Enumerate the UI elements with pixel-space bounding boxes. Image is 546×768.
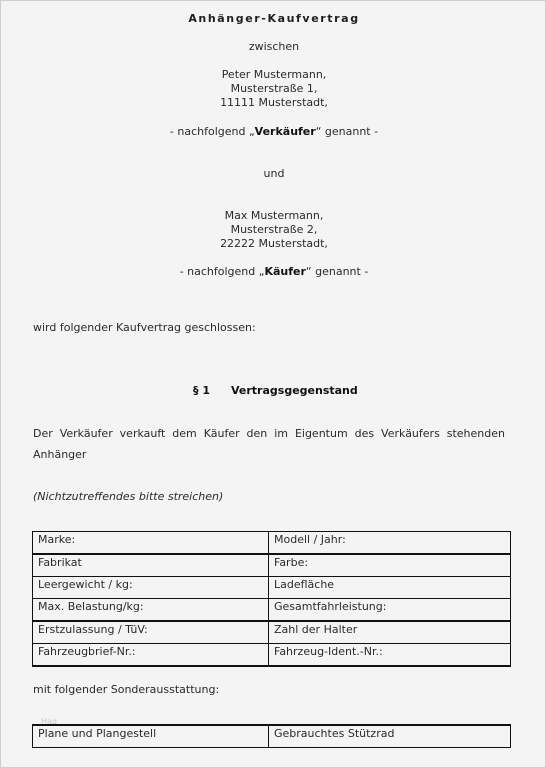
seller-city: 11111 Musterstadt, [1, 96, 546, 110]
spec-cell[interactable]: Marke: [33, 532, 269, 555]
spec-cell[interactable]: Max. Belastung/kg: [33, 599, 269, 622]
section-body-line2: Anhänger [33, 448, 86, 462]
section-title: Vertragsgegenstand [231, 384, 358, 397]
section-number: § 1 [193, 384, 231, 398]
buyer-role: Käufer [264, 265, 305, 278]
spec-cell[interactable]: Farbe: [269, 554, 511, 577]
buyer-role-line: - nachfolgend „Käufer“ genannt - [1, 265, 546, 279]
intro-text: wird folgender Kaufvertrag geschlossen: [33, 321, 256, 335]
section-body-line1: Der Verkäufer verkauft dem Käufer den im… [33, 427, 505, 441]
buyer-name: Max Mustermann, [1, 209, 546, 223]
spec-cell[interactable]: Modell / Jahr: [269, 532, 511, 555]
document-title: Anhänger-Kaufvertrag [1, 12, 546, 26]
seller-role-suffix: “ genannt - [316, 125, 378, 138]
and-text: und [1, 167, 546, 181]
spec-cell[interactable]: Fabrikat [33, 554, 269, 577]
spec-cell[interactable]: Erstzulassung / TüV: [33, 621, 269, 644]
spec-cell[interactable]: Ladefläche [269, 577, 511, 599]
spec-row: FabrikatFarbe: [33, 554, 511, 577]
seller-role-line: - nachfolgend „Verkäufer“ genannt - [1, 125, 546, 139]
spec-row: Max. Belastung/kg:Gesamtfahrleistung: [33, 599, 511, 622]
spec-row: Marke:Modell / Jahr: [33, 532, 511, 555]
section-heading: § 1Vertragsgegenstand [193, 384, 358, 398]
buyer-street: Musterstraße 2, [1, 223, 546, 237]
extras-label: mit folgender Sonderausstattung: [33, 683, 219, 697]
note-text: (Nichtzutreffendes bitte streichen) [33, 490, 223, 504]
buyer-city: 22222 Musterstadt, [1, 237, 546, 251]
between-text: zwischen [1, 40, 546, 54]
spec-row: Erstzulassung / TüV:Zahl der Halter [33, 621, 511, 644]
spec-cell[interactable]: Gesamtfahrleistung: [269, 599, 511, 622]
document-page: Anhänger-Kaufvertrag zwischen Peter Must… [0, 0, 546, 768]
vehicle-spec-table: Marke:Modell / Jahr:FabrikatFarbe:Leerge… [32, 531, 511, 667]
seller-role-prefix: - nachfolgend „ [170, 125, 255, 138]
seller-name: Peter Mustermann, [1, 68, 546, 82]
extras-cell[interactable]: Gebrauchtes Stützrad [269, 725, 511, 748]
spec-row: Fahrzeugbrief-Nr.:Fahrzeug-Ident.-Nr.: [33, 644, 511, 667]
seller-role: Verkäufer [255, 125, 316, 138]
seller-street: Musterstraße 1, [1, 82, 546, 96]
spec-cell[interactable]: Leergewicht / kg: [33, 577, 269, 599]
spec-cell[interactable]: Fahrzeug-Ident.-Nr.: [269, 644, 511, 667]
spec-cell[interactable]: Fahrzeugbrief-Nr.: [33, 644, 269, 667]
spec-cell[interactable]: Zahl der Halter [269, 621, 511, 644]
extras-cell[interactable]: Plane und Plangestell [33, 725, 269, 748]
extras-table: Plane und PlangestellGebrauchtes Stützra… [32, 724, 511, 748]
extras-row: Plane und PlangestellGebrauchtes Stützra… [33, 725, 511, 748]
buyer-role-suffix: “ genannt - [306, 265, 368, 278]
spec-row: Leergewicht / kg:Ladefläche [33, 577, 511, 599]
buyer-role-prefix: - nachfolgend „ [180, 265, 265, 278]
